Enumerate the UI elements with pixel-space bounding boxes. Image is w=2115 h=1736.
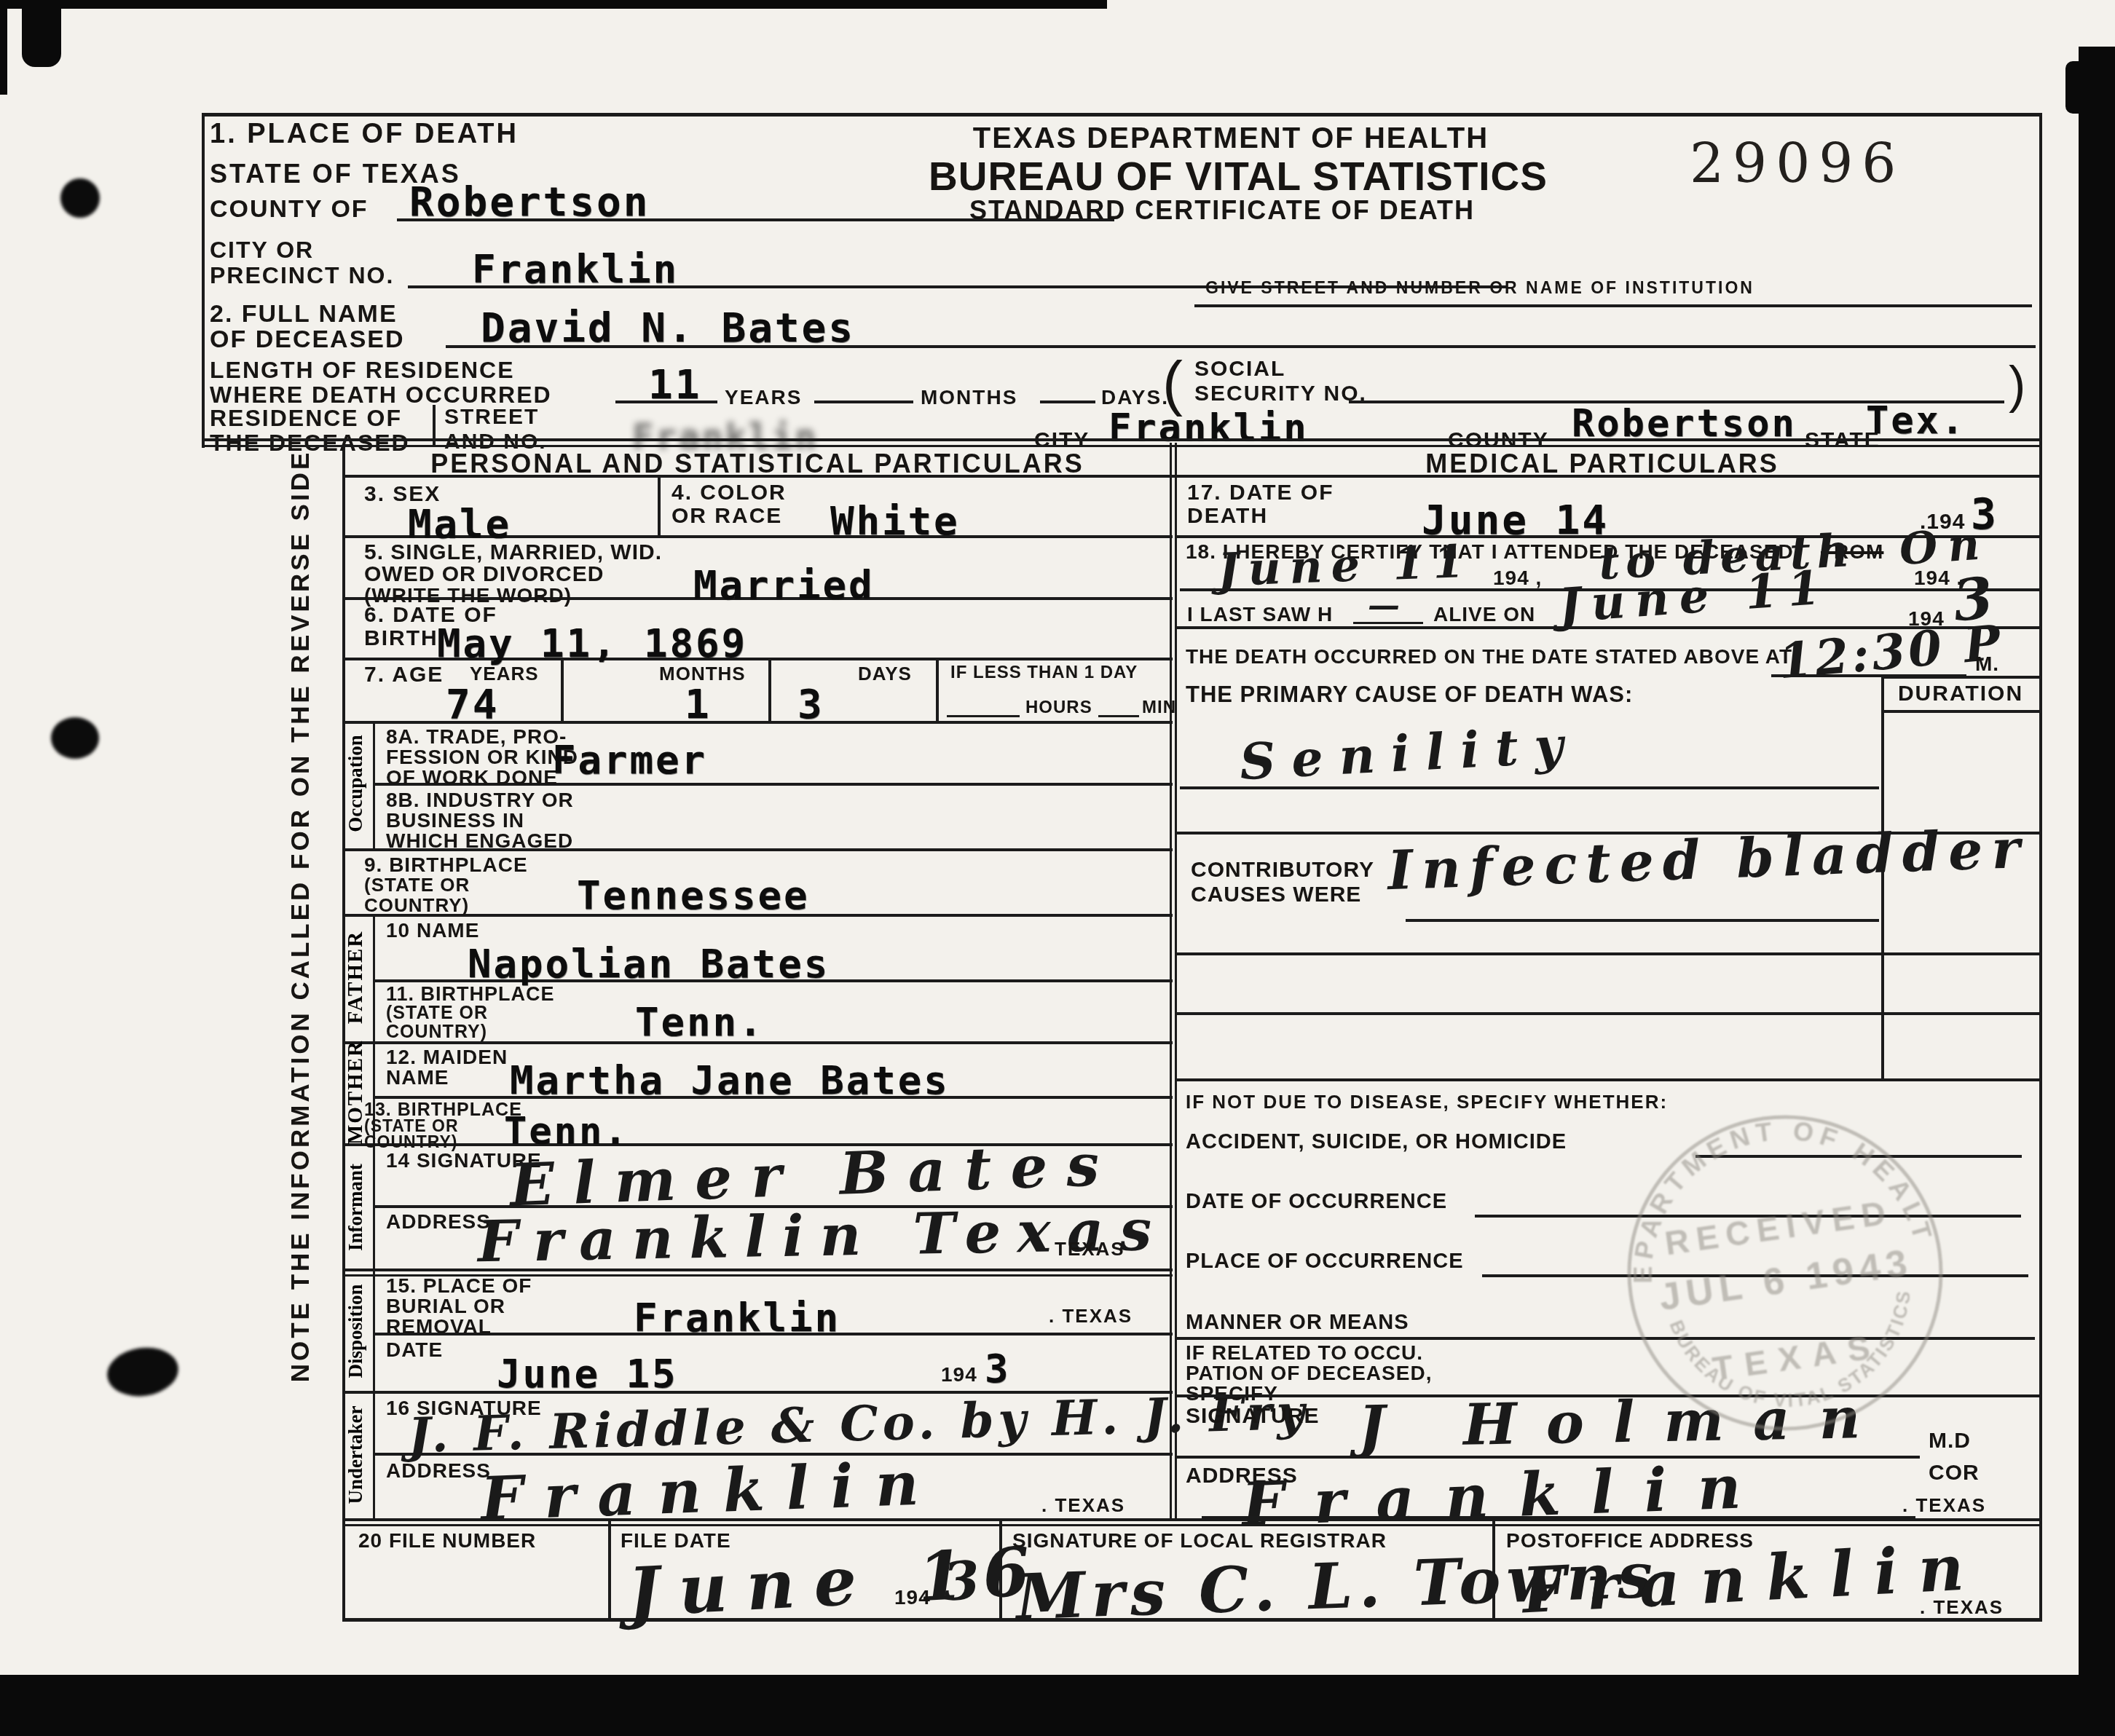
color-value: White [830, 498, 960, 544]
rule [202, 113, 205, 448]
scan-edge-right [2079, 47, 2115, 1736]
rule [1194, 304, 2032, 307]
certificate-number: 29096 [1690, 133, 1905, 195]
rule [1175, 443, 1177, 1520]
accident-label: ACCIDENT, SUICIDE, OR HOMICIDE [1186, 1130, 1567, 1154]
standard-title: STANDARD CERTIFICATE OF DEATH [969, 195, 1475, 226]
ssn-paren-close: ) [2009, 355, 2025, 414]
date-occurrence-label: DATE OF OCCURRENCE [1186, 1190, 1447, 1214]
rule [202, 445, 2042, 447]
physician-signature-label: SIGNATURE [1186, 1404, 1319, 1429]
margin-note: NOTE THE INFORMATION CALLED FOR ON THE R… [284, 414, 318, 1419]
birthplace-value: Tennessee [577, 872, 810, 918]
burial-year-pre: 194 [941, 1363, 977, 1386]
burial-date-label: DATE [386, 1338, 443, 1362]
months-label: MONTHS [921, 386, 1017, 409]
county-label: COUNTY OF [210, 195, 369, 224]
fullname-label-2: OF DECEASED [210, 325, 405, 354]
contributory-label-2: CAUSES WERE [1191, 883, 1361, 907]
burial-label-3: REMOVAL [386, 1315, 492, 1338]
rule [342, 1524, 2042, 1526]
rule [373, 914, 375, 1518]
age-min-label: MIN [1142, 698, 1176, 718]
trade-value: Farmer [552, 737, 707, 783]
burial-date-value: June 15 [497, 1351, 678, 1397]
cause-label: THE PRIMARY CAUSE OF DEATH WAS: [1186, 682, 1633, 708]
place-occurrence-label: PLACE OF OCCURRENCE [1186, 1250, 1464, 1274]
file-date-year-hw: 3 [941, 1548, 982, 1612]
rule [1406, 919, 1879, 922]
residence-label-1: RESIDENCE OF [210, 405, 402, 432]
color-label-1: 4. COLOR [671, 481, 787, 505]
age-less-label: IF LESS THAN 1 DAY [950, 663, 1138, 683]
undertaker-address-value: Franklin [480, 1448, 942, 1534]
rule [342, 1518, 2042, 1521]
file-number-label: 20 FILE NUMBER [358, 1529, 536, 1552]
informant-address-label: ADDRESS [386, 1210, 491, 1234]
ssn-label-2: SECURITY NO. [1194, 382, 1367, 406]
rule [768, 658, 771, 721]
marital-label-2: OWED OR DIVORCED [364, 562, 604, 587]
scan-edge-bottom [0, 1675, 2115, 1736]
industry-label-3: WHICH ENGAGED [386, 829, 573, 853]
undertaker-address-label: ADDRESS [386, 1459, 491, 1483]
burial-year-value: 3 [985, 1346, 1011, 1392]
contributory-value-hw: Infected bladder [1387, 818, 2030, 903]
rule [615, 401, 717, 403]
rule [1180, 786, 1879, 789]
last-saw-text-2: ALIVE ON [1433, 603, 1535, 626]
punch-hole-middle [51, 717, 99, 759]
dob-value: May 11, 1869 [437, 620, 747, 666]
rule [342, 475, 2042, 478]
street-label-1: STREET [444, 405, 539, 430]
marital-value: Married [693, 562, 875, 608]
mother-name-label-2: NAME [386, 1066, 449, 1089]
color-label-2: OR RACE [671, 504, 782, 529]
informant-tab: Informant [341, 1153, 370, 1262]
received-stamp: DEPARTMENT OF HEALTH BUREAU OF VITAL STA… [1592, 1080, 1978, 1466]
age-days-label: DAYS [858, 663, 912, 685]
occurred-m-label: M. [1975, 652, 1999, 676]
file-date-year-pre: 194 [894, 1586, 931, 1609]
fullname-label-1: 2. FULL NAME [210, 300, 398, 328]
rule [947, 715, 1020, 717]
rule [658, 478, 661, 535]
rule [202, 113, 2042, 117]
informant-address-value: Franklin Texas [477, 1197, 1168, 1276]
rule [1098, 715, 1139, 717]
institution-note: GIVE STREET AND NUMBER OR NAME OF INSTIT… [1205, 278, 1754, 298]
rule [1177, 1012, 2039, 1015]
attend-year-1: 194 , [1493, 567, 1542, 590]
rule [373, 721, 375, 848]
contributory-label-1: CONTRIBUTORY [1191, 858, 1374, 883]
disposition-tab: Disposition [341, 1273, 370, 1389]
father-tab: FATHER [341, 923, 370, 1032]
birthplace-label-3: COUNTRY) [364, 894, 469, 917]
last-saw-text-1: I LAST SAW H [1187, 603, 1333, 626]
informant-texas-label: TEXAS [1055, 1238, 1125, 1260]
marital-label-1: 5. SINGLE, MARRIED, WID. [364, 540, 662, 565]
punch-hole-bottom [104, 1344, 181, 1401]
cause-value-hw: Senility [1238, 716, 1580, 792]
scan-edge-corner [22, 0, 61, 67]
place-of-death-label: 1. PLACE OF DEATH [210, 119, 519, 150]
undertaker-texas-label: . TEXAS [1041, 1494, 1125, 1517]
burial-texas-label: . TEXAS [1049, 1305, 1133, 1327]
rule [1881, 710, 2039, 713]
years-label: YEARS [725, 386, 802, 409]
rule [446, 345, 2036, 348]
dod-label-2: DEATH [1187, 504, 1268, 529]
rule [1881, 676, 2039, 679]
rule [608, 1518, 611, 1618]
attend-from-hw: June 11 [1217, 534, 1474, 596]
father-birthplace-value: Tenn. [635, 999, 765, 1045]
physician-texas-label: . TEXAS [1902, 1494, 1986, 1517]
related-label-3: SPECIFY [1186, 1382, 1278, 1405]
residence-label-2: THE DECEASED [210, 430, 410, 457]
age-days-value: 3 [797, 681, 824, 728]
duration-label: DURATION [1898, 682, 2023, 706]
bureau-title: BUREAU OF VITAL STATISTICS [929, 153, 1548, 200]
trade-label-3: OF WORK DONE [386, 766, 558, 789]
occurred-text: THE DEATH OCCURRED ON THE DATE STATED AB… [1186, 645, 1792, 668]
rule [2039, 113, 2042, 1621]
age-label: 7. AGE [364, 663, 444, 687]
birthplace-label-2: (STATE OR [364, 874, 470, 896]
rule [1177, 952, 2039, 955]
rule [1040, 401, 1095, 403]
occupation-tab: Occupation [341, 722, 370, 845]
registrar-label: SIGNATURE OF LOCAL REGISTRAR [1012, 1529, 1387, 1552]
age-months-value: 1 [685, 681, 712, 728]
death-certificate-scan: NOTE THE INFORMATION CALLED FOR ON THE R… [0, 0, 2115, 1736]
scan-edge-top [0, 0, 1107, 9]
dod-label-1: 17. DATE OF [1187, 481, 1334, 505]
rule [1353, 622, 1423, 624]
mother-name-value: Martha Jane Bates [510, 1057, 950, 1103]
last-saw-value-hw: June 11 [1557, 560, 1832, 634]
rule [561, 658, 564, 721]
residence-length-label-1: LENGTH OF RESIDENCE [210, 357, 514, 384]
father-name-label: 10 NAME [386, 919, 479, 942]
rule [814, 401, 913, 403]
rule [202, 438, 2042, 441]
ssn-label-1: SOCIAL [1194, 357, 1285, 382]
father-name-value: Napolian Bates [468, 941, 830, 987]
manner-label: MANNER OR MEANS [1186, 1311, 1409, 1335]
punch-hole-top [60, 178, 100, 218]
residence-city-value: Franklin [1108, 406, 1308, 450]
rule [936, 658, 939, 721]
last-saw-dash-hw: — [1368, 587, 1400, 624]
burial-value: Franklin [634, 1295, 840, 1341]
dept-title: TEXAS DEPARTMENT OF HEALTH [973, 122, 1489, 155]
postoffice-texas-label: . TEXAS [1920, 1596, 2004, 1619]
city-precinct-label-2: PRECINCT NO. [210, 262, 394, 289]
scan-edge-right-notch [2065, 61, 2115, 114]
age-hours-label: HOURS [1025, 698, 1092, 718]
father-birthplace-label-3: COUNTRY) [386, 1022, 487, 1043]
city-precinct-label-1: CITY OR [210, 237, 314, 264]
residence-state-value: Tex. [1866, 399, 1966, 443]
scan-edge-left [0, 0, 7, 95]
father-birthplace-label-2: (STATE OR [386, 1003, 488, 1024]
undertaker-tab: Undertaker [341, 1397, 370, 1513]
dob-label-2: BIRTH [364, 626, 438, 651]
age-years-value: 74 [446, 681, 499, 728]
